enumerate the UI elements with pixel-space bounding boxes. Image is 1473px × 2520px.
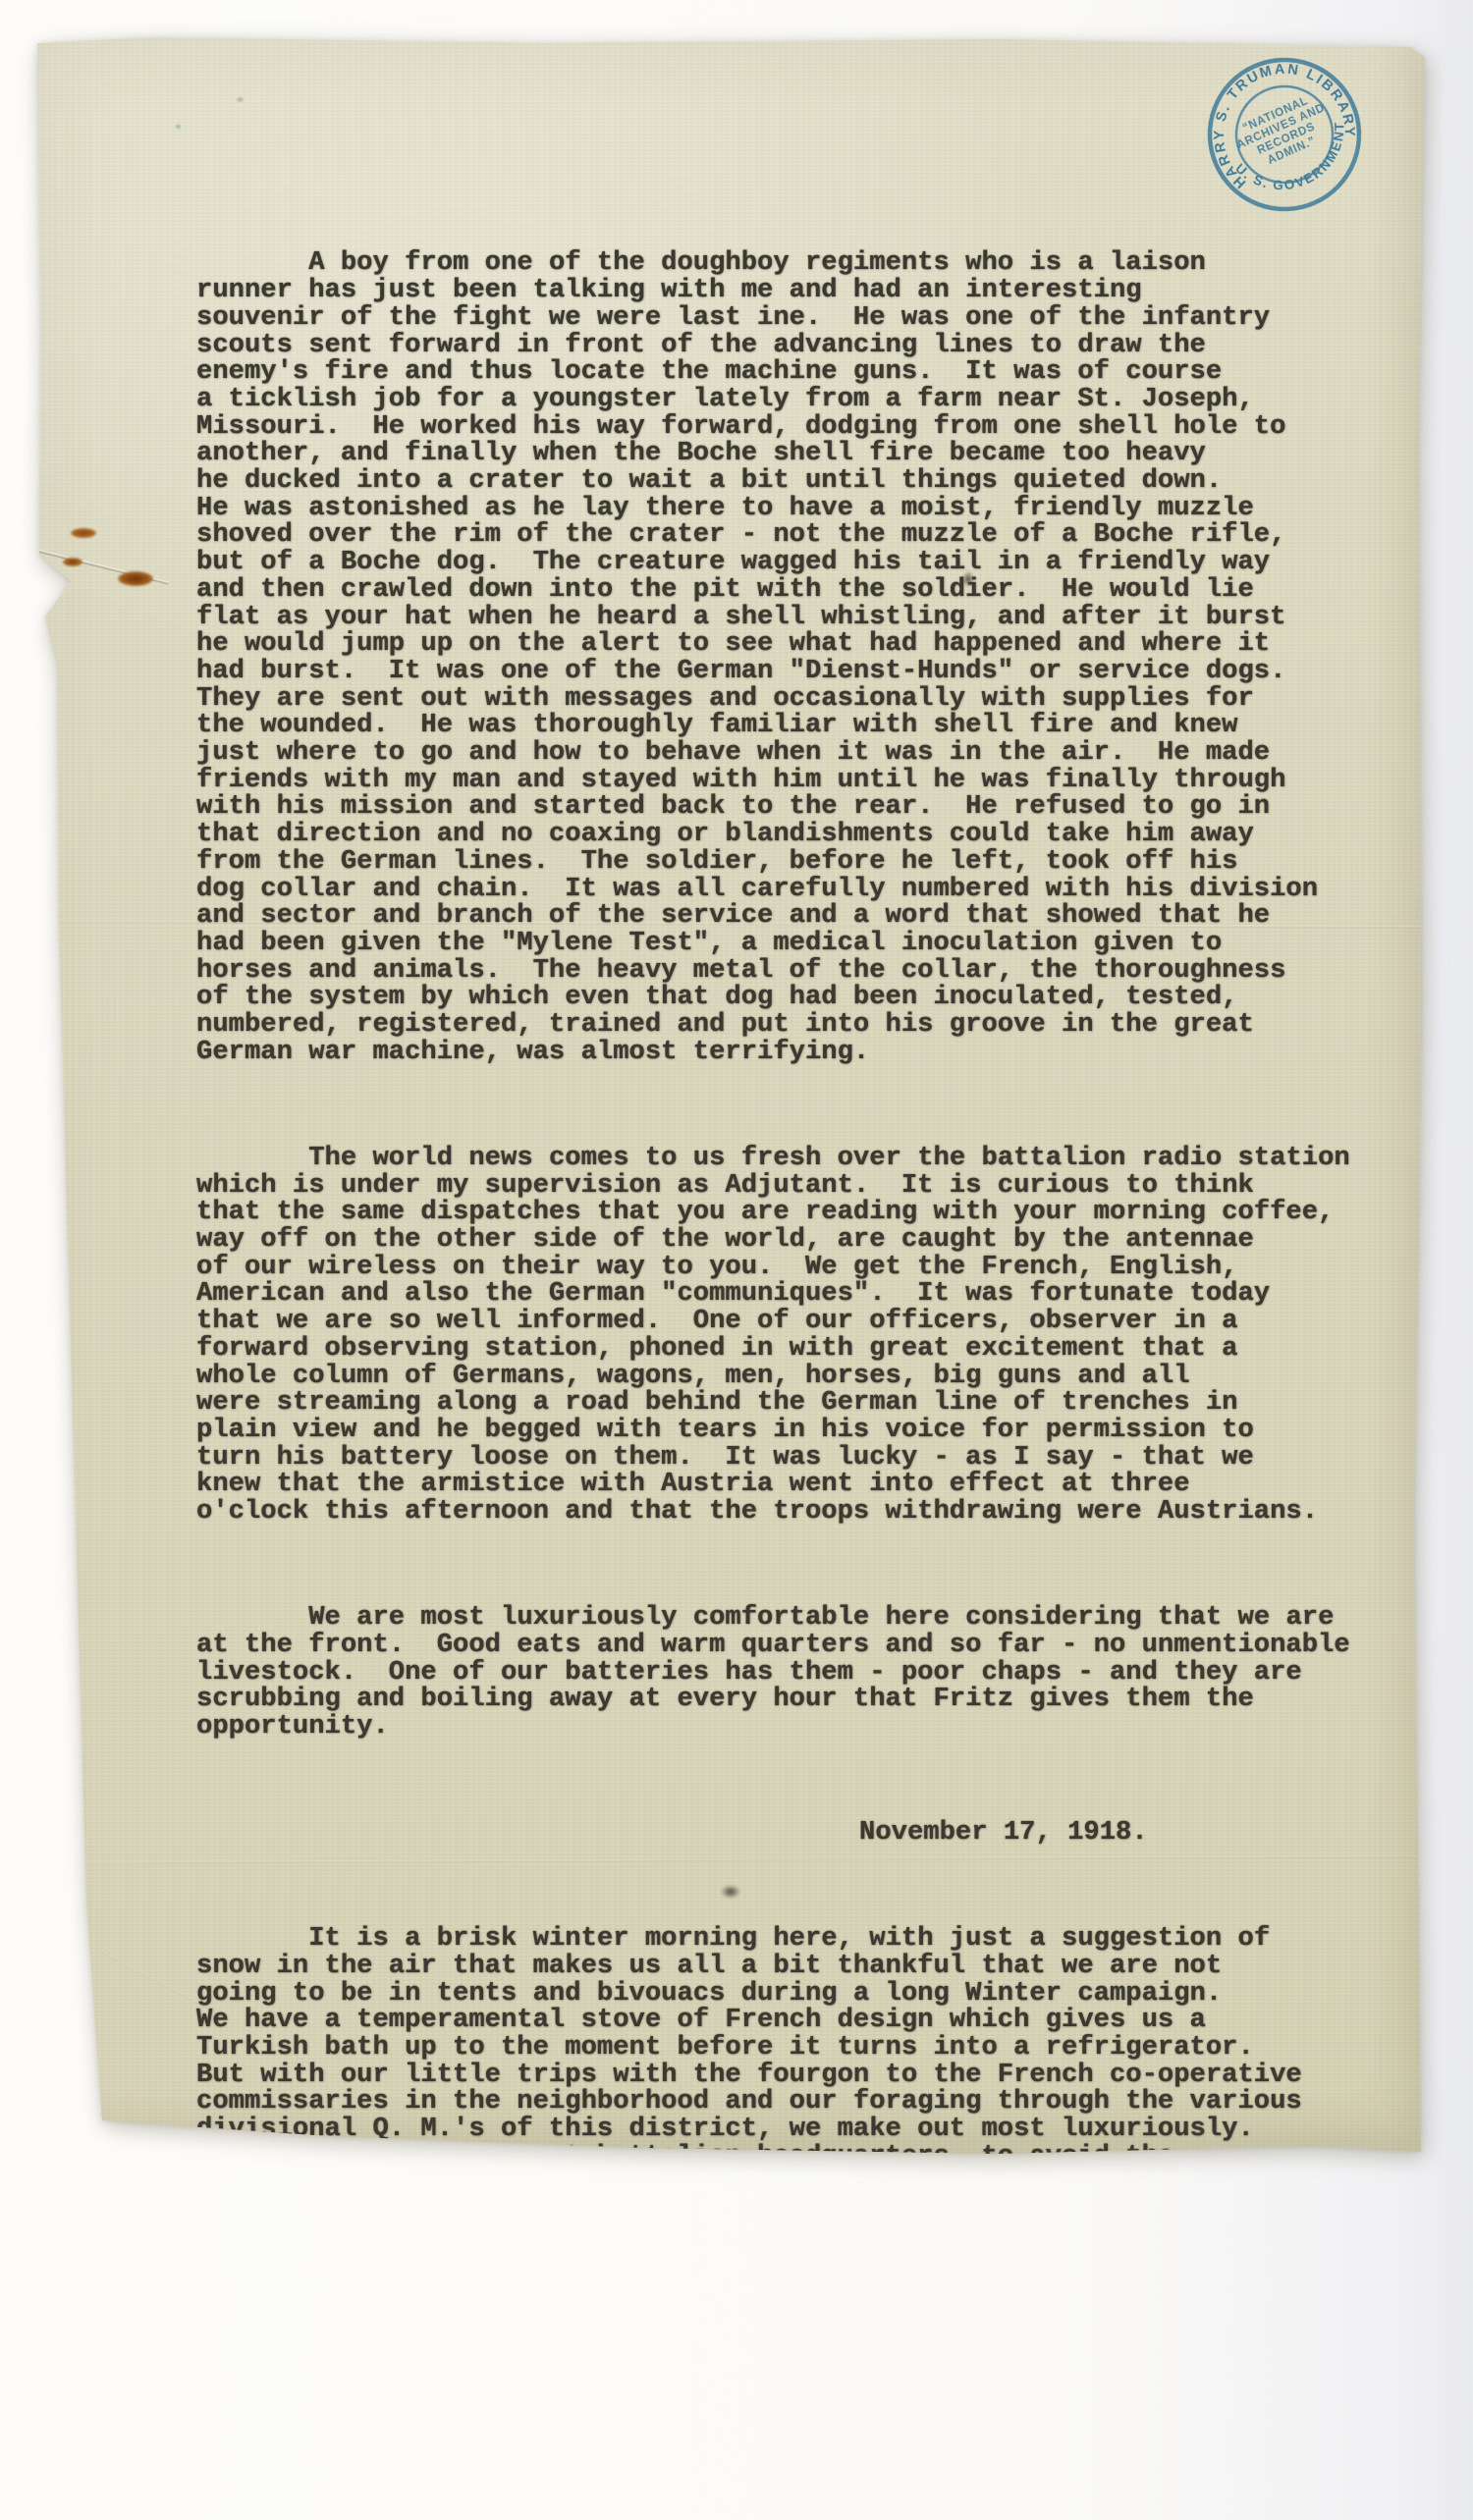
rust-stain xyxy=(63,558,82,566)
stamp-arc-top-text: HARRY S. TRUMAN LIBRARY xyxy=(1188,38,1364,194)
rust-stain xyxy=(71,528,96,538)
letter-page: A boy from one of the doughboy regiments… xyxy=(33,35,1428,2156)
letter-date: November 17, 1918. xyxy=(196,1819,1399,1847)
scan-background: A boy from one of the doughboy regiments… xyxy=(0,0,1473,2190)
svg-text:HARRY S. TRUMAN LIBRARY: HARRY S. TRUMAN LIBRARY xyxy=(1188,38,1364,194)
stamp-center-line-2: ARCHIVES AND xyxy=(1235,102,1327,151)
letter-paragraph-4: It is a brisk winter morning here, with … xyxy=(196,1925,1399,2190)
rust-stain xyxy=(118,571,153,586)
paper-speck xyxy=(236,96,245,103)
letter-paragraph-2: The world news comes to us fresh over th… xyxy=(196,1145,1399,1526)
stamp-center-line-1: “NATIONAL xyxy=(1241,95,1310,134)
stamp-center-line-3: RECORDS xyxy=(1256,121,1318,157)
stamp-center-line-4: ADMIN.” xyxy=(1266,135,1318,167)
paper-speck xyxy=(175,124,182,130)
stamp-inner-ring xyxy=(1221,71,1347,197)
letter-body: A boy from one of the doughboy regiments… xyxy=(196,195,1399,2190)
letter-paragraph-3: We are most luxuriously comfortable here… xyxy=(196,1604,1399,1741)
letter-paragraph-1: A boy from one of the doughboy regiments… xyxy=(196,249,1399,1065)
